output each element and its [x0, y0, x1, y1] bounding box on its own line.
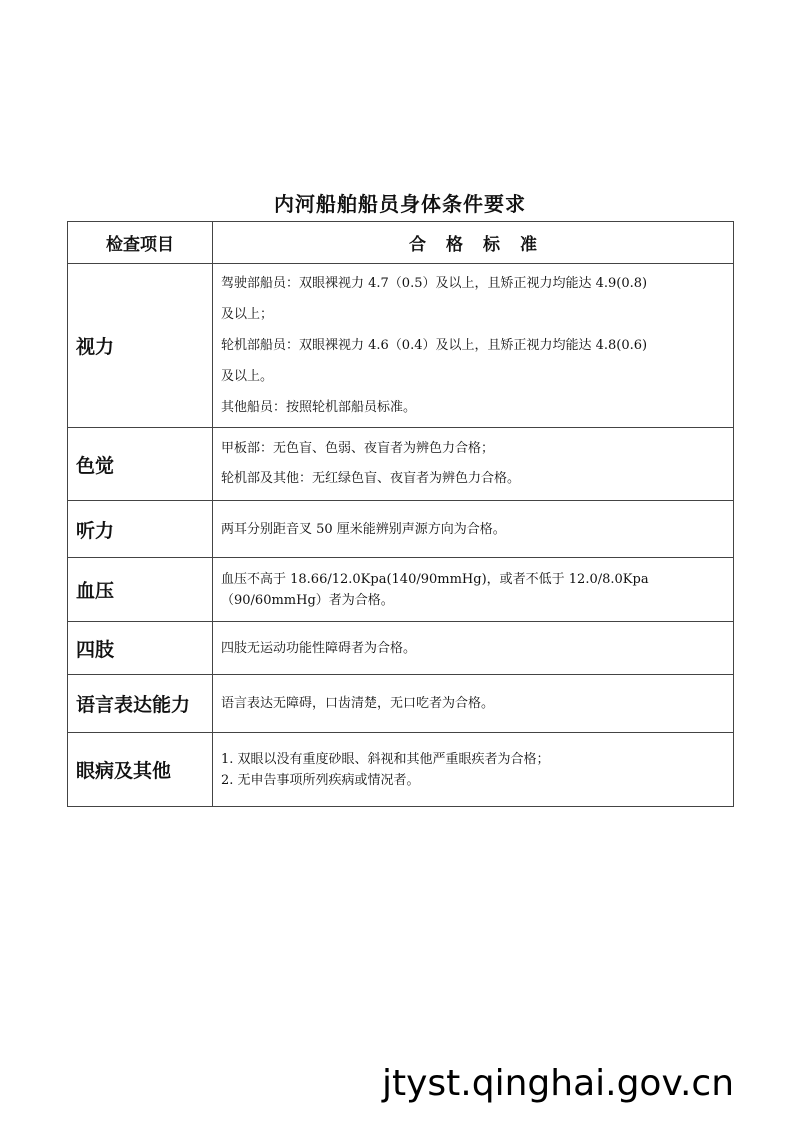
- standard-line: 四肢无运动功能性障碍者为合格。: [221, 638, 725, 659]
- source-watermark: jtyst.qinghai.gov.cn: [382, 1063, 734, 1104]
- row-item-label: 视力: [68, 264, 213, 428]
- standard-line: 轮机部及其他：无红绿色盲、夜盲者为辨色力合格。: [221, 464, 725, 494]
- table-row-eye-disease: 眼病及其他 1. 双眼以没有重度砂眼、斜视和其他严重眼疾者为合格； 2. 无申告…: [68, 733, 734, 807]
- table-row-vision: 视力 驾驶部船员：双眼裸视力 4.7（0.5）及以上，且矫正视力均能达 4.9(…: [68, 264, 734, 428]
- table-row-hearing: 听力 两耳分别距音叉 50 厘米能辨别声源方向为合格。: [68, 501, 734, 558]
- row-standard: 两耳分别距音叉 50 厘米能辨别声源方向为合格。: [213, 501, 734, 558]
- standard-line: 驾驶部船员：双眼裸视力 4.7（0.5）及以上，且矫正视力均能达 4.9(0.8…: [221, 268, 725, 299]
- table-row-speech: 语言表达能力 语言表达无障碍，口齿清楚，无口吃者为合格。: [68, 675, 734, 733]
- header-item: 检查项目: [68, 222, 213, 264]
- row-standard: 甲板部：无色盲、色弱、夜盲者为辨色力合格； 轮机部及其他：无红绿色盲、夜盲者为辨…: [213, 428, 734, 501]
- row-standard: 语言表达无障碍，口齿清楚，无口吃者为合格。: [213, 675, 734, 733]
- requirements-table: 检查项目 合格标准 视力 驾驶部船员：双眼裸视力 4.7（0.5）及以上，且矫正…: [67, 221, 734, 807]
- row-item-label: 语言表达能力: [68, 675, 213, 733]
- table-header-row: 检查项目 合格标准: [68, 222, 734, 264]
- table-row-color-vision: 色觉 甲板部：无色盲、色弱、夜盲者为辨色力合格； 轮机部及其他：无红绿色盲、夜盲…: [68, 428, 734, 501]
- row-standard: 1. 双眼以没有重度砂眼、斜视和其他严重眼疾者为合格； 2. 无申告事项所列疾病…: [213, 733, 734, 807]
- standard-line: 血压不高于 18.66/12.0Kpa(140/90mmHg)，或者不低于 12…: [221, 569, 725, 590]
- row-item-label: 听力: [68, 501, 213, 558]
- standard-line: 语言表达无障碍，口齿清楚，无口吃者为合格。: [221, 693, 725, 714]
- row-standard: 驾驶部船员：双眼裸视力 4.7（0.5）及以上，且矫正视力均能达 4.9(0.8…: [213, 264, 734, 428]
- standard-line: 2. 无申告事项所列疾病或情况者。: [221, 770, 725, 791]
- standard-line: 甲板部：无色盲、色弱、夜盲者为辨色力合格；: [221, 434, 725, 464]
- row-item-label: 四肢: [68, 622, 213, 675]
- header-standard: 合格标准: [213, 222, 734, 264]
- standard-line: 及以上。: [221, 361, 725, 392]
- row-standard: 四肢无运动功能性障碍者为合格。: [213, 622, 734, 675]
- row-item-label: 色觉: [68, 428, 213, 501]
- standard-line: 其他船员：按照轮机部船员标准。: [221, 392, 725, 423]
- row-standard: 血压不高于 18.66/12.0Kpa(140/90mmHg)，或者不低于 12…: [213, 558, 734, 622]
- standard-line: 及以上；: [221, 299, 725, 330]
- standard-line: （90/60mmHg）者为合格。: [221, 590, 725, 611]
- standard-line: 轮机部船员：双眼裸视力 4.6（0.4）及以上，且矫正视力均能达 4.8(0.6…: [221, 330, 725, 361]
- table-row-limbs: 四肢 四肢无运动功能性障碍者为合格。: [68, 622, 734, 675]
- row-item-label: 血压: [68, 558, 213, 622]
- document-title: 内河船舶船员身体条件要求: [0, 188, 800, 217]
- standard-line: 1. 双眼以没有重度砂眼、斜视和其他严重眼疾者为合格；: [221, 749, 725, 770]
- standard-line: 两耳分别距音叉 50 厘米能辨别声源方向为合格。: [221, 519, 725, 540]
- row-item-label: 眼病及其他: [68, 733, 213, 807]
- table-row-blood-pressure: 血压 血压不高于 18.66/12.0Kpa(140/90mmHg)，或者不低于…: [68, 558, 734, 622]
